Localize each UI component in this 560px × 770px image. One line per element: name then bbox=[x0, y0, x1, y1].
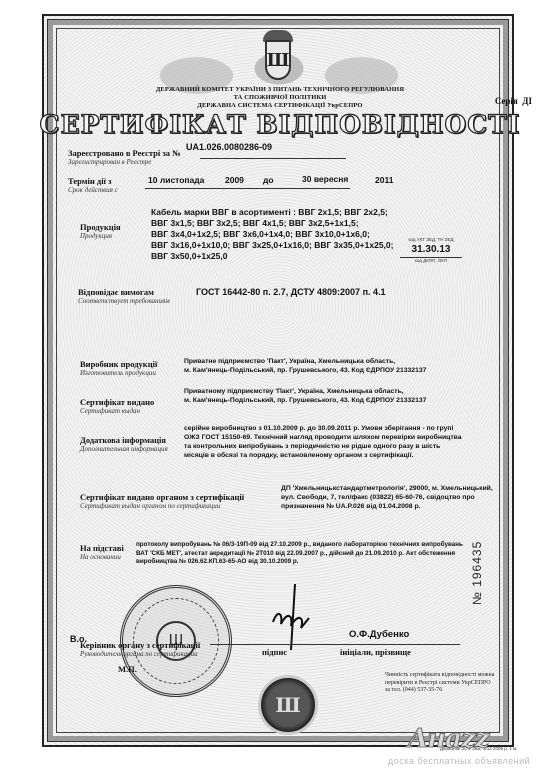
additional-info-value: серійне виробництво з 01.10.2009 р. до 3… bbox=[184, 424, 462, 460]
validity-from-date: 10 листопада bbox=[148, 175, 204, 186]
validity-to-year: 2011 bbox=[375, 175, 393, 186]
validity-label: Термін дії з Срок действия с bbox=[68, 176, 118, 195]
validity-from-year: 2009 bbox=[225, 175, 244, 186]
registration-label: Зареєстровано в Реєстрі за № Зарегистрир… bbox=[68, 148, 181, 167]
conformity-label: Відповідає вимогам Соответствует требова… bbox=[78, 287, 170, 306]
registration-number: UA1.026.0080286-09 bbox=[186, 142, 272, 152]
validity-to-word: до bbox=[263, 175, 274, 186]
serial-number: № 196435 bbox=[470, 541, 484, 605]
validity-to-date: 30 вересня bbox=[302, 174, 348, 185]
basis-label: На підставі На основании bbox=[80, 543, 124, 562]
manufacturer-label: Виробник продукції Изготовитель продукци… bbox=[80, 359, 157, 378]
additional-info-label: Додаткова інформація Дополнительная инфо… bbox=[80, 435, 168, 454]
issuing-body-label: Сертифікат видано органом з сертифікації… bbox=[80, 492, 244, 511]
basis-value: протоколу випробувань № 06/3-19П-09 від … bbox=[136, 541, 463, 567]
hologram-emblem: Ш bbox=[258, 675, 318, 735]
issued-to-value: Приватному підприємству 'Пакт', Україна,… bbox=[184, 387, 426, 405]
watermark-tagline: доска бесплатных объявлений bbox=[388, 756, 530, 766]
divider bbox=[200, 158, 346, 159]
manufacturer-value: Приватне підприємство 'Пакт', Україна, Х… bbox=[184, 357, 426, 375]
page-title: СЕРТИФІКАТ ВІДПОВІДНОСТІ bbox=[0, 110, 560, 139]
seal-mark: М.П. bbox=[118, 664, 137, 674]
product-code: код УКТ ЗЕД, ТН ЗЕД 31.30.13 код ДКПП, О… bbox=[400, 237, 462, 264]
name-caption: ініціали, прізвище bbox=[340, 647, 411, 657]
divider bbox=[145, 188, 350, 189]
product-label: Продукція Продукция bbox=[80, 222, 121, 241]
signatory-name: О.Ф.Дубенко bbox=[349, 629, 409, 640]
product-description: Кабель марки ВВГ в асортименті : ВВГ 2х1… bbox=[151, 207, 393, 262]
watermark-logo: Aнаzz bbox=[408, 724, 489, 754]
issuing-authority: ДЕРЖАВНИЙ КОМІТЕТ УКРАЇНИ З ПИТАНЬ ТЕХНІ… bbox=[0, 86, 560, 110]
signature-caption: підпис bbox=[262, 647, 287, 657]
issued-to-label: Сертифікат видано Сертификат выдан bbox=[80, 397, 154, 416]
conformity-standards: ГОСТ 16442-80 п. 2.7, ДСТУ 4809:2007 п. … bbox=[196, 287, 386, 298]
signature bbox=[265, 582, 315, 652]
series-label: Серія ДІ bbox=[495, 96, 532, 106]
signature-line bbox=[210, 644, 460, 645]
issuing-body-value: ДП 'Хмельницькстандартметрологія', 29000… bbox=[281, 484, 493, 511]
signatory-role: Керівник органу з сертифікації Руководит… bbox=[80, 640, 200, 659]
trident-icon: Ш bbox=[265, 40, 291, 80]
verification-note: Чинність сертифіката відповідності можна… bbox=[385, 672, 515, 695]
